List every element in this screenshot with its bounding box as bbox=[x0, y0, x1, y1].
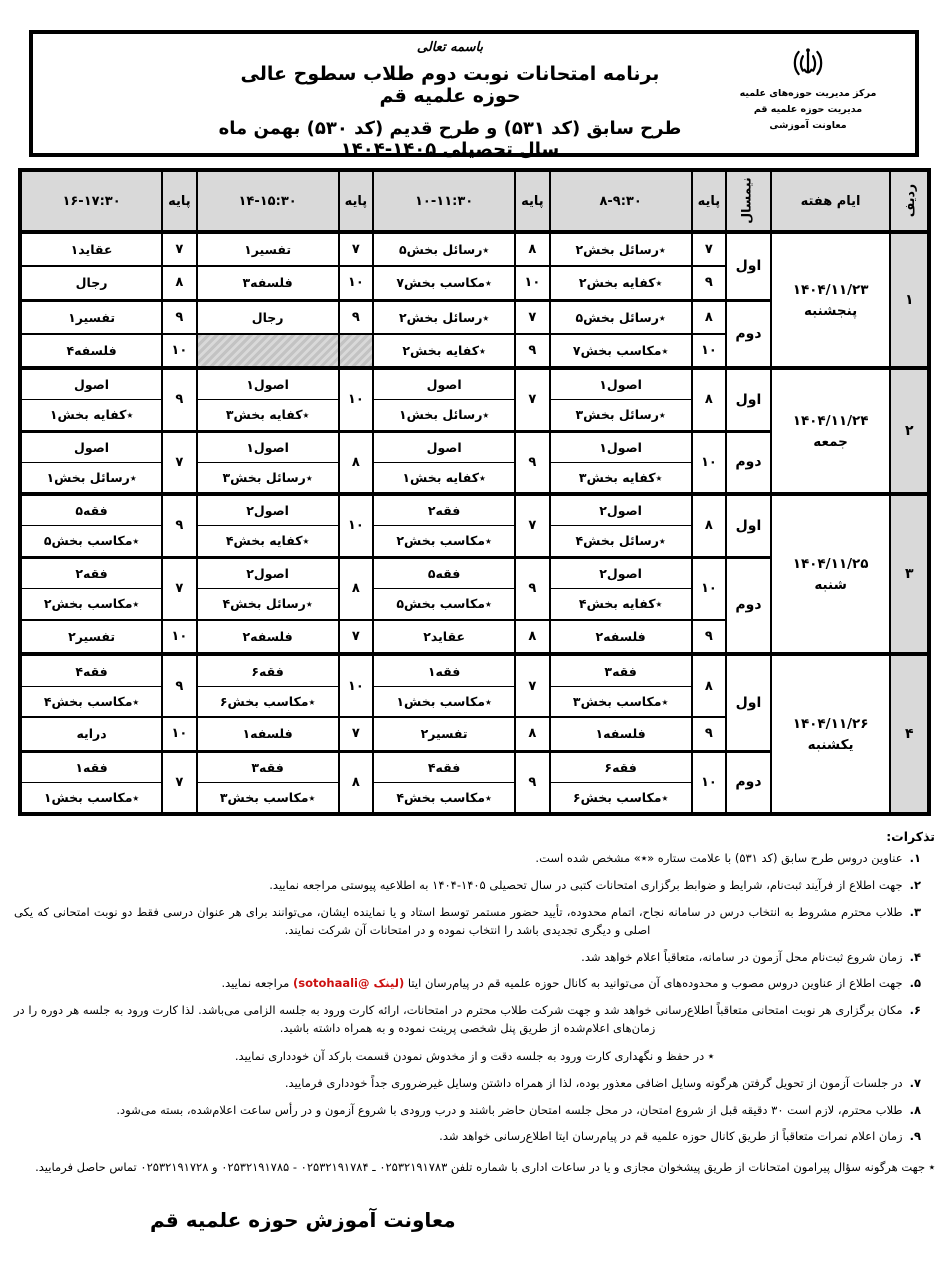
org-block: مرکز مدیریت حوزه‌های علمیه مدیریت حوزه ع… bbox=[723, 44, 893, 134]
lesson-lines: فقه۲٭مکاسب بخش۲ bbox=[374, 496, 514, 555]
lesson-name: فقه۶ bbox=[551, 753, 691, 782]
lesson-name: عقاید۲ bbox=[374, 622, 514, 652]
table-row: ۴۱۴۰۴/۱۱/۲۶یکشنبهاول۸فقه۳٭مکاسب بخش۳۷فقه… bbox=[20, 654, 929, 717]
day-cell: ۱۴۰۴/۱۱/۲۵شنبه bbox=[771, 494, 891, 654]
header-titles: باسمه تعالی برنامه امتحانات نوبت دوم طلا… bbox=[215, 40, 685, 160]
grade-cell: ۱۰ bbox=[339, 654, 373, 717]
lesson-lines: ٭مکاسب بخش۷ bbox=[551, 336, 691, 366]
semester-cell: دوم bbox=[726, 300, 771, 368]
lesson-cell: اصول٭کفایه بخش۱ bbox=[373, 431, 515, 494]
table-row: ۳۱۴۰۴/۱۱/۲۵شنبهاول۸اصول۲٭رسائل بخش۴۷فقه۲… bbox=[20, 494, 929, 557]
lesson-cell: فقه۳٭مکاسب بخش۳ bbox=[550, 654, 692, 717]
lesson-lines: اصول٭کفایه بخش۱ bbox=[22, 370, 161, 429]
grade-cell: ۱۰ bbox=[162, 334, 196, 368]
header-time-3: ۱۴-۱۵:۳۰ bbox=[197, 170, 339, 232]
semester-cell: دوم bbox=[726, 751, 771, 814]
grade-cell: ۱۰ bbox=[515, 266, 549, 300]
lesson-name: ٭مکاسب بخش۲ bbox=[22, 588, 161, 618]
note-item: ۲.جهت اطلاع از فرآیند ثبت‌نام، شرایط و ض… bbox=[14, 877, 935, 895]
lesson-lines: اصول۲٭کفایه بخش۴ bbox=[198, 496, 338, 555]
lesson-cell: فقه۴٭مکاسب بخش۴ bbox=[373, 751, 515, 814]
grade-cell: ۷ bbox=[692, 232, 726, 266]
lesson-name: ٭کفایه بخش۲ bbox=[374, 336, 514, 366]
lesson-name: ٭مکاسب بخش۵ bbox=[22, 525, 161, 555]
grade-cell: ۷ bbox=[515, 654, 549, 717]
grade-cell: ۱۰ bbox=[692, 334, 726, 368]
lesson-cell: اصول۲٭کفایه بخش۴ bbox=[197, 494, 339, 557]
grade-cell: ۱۰ bbox=[692, 557, 726, 620]
lesson-name: ٭رسائل بخش۵ bbox=[551, 302, 691, 332]
lesson-name: رجال bbox=[22, 268, 161, 298]
lesson-name: ٭رسائل بخش۵ bbox=[374, 235, 514, 265]
lesson-name: ٭کفایه بخش۱ bbox=[22, 399, 161, 429]
lesson-name: ٭مکاسب بخش۵ bbox=[374, 588, 514, 618]
lesson-cell: ٭کفایه بخش۲ bbox=[373, 334, 515, 368]
lesson-lines: ٭مکاسب بخش۷ bbox=[374, 268, 514, 298]
header-days: ایام هفته bbox=[771, 170, 891, 232]
lesson-name: ٭مکاسب بخش۴ bbox=[22, 686, 161, 716]
lesson-name: ٭رسائل بخش۲ bbox=[551, 235, 691, 265]
semester-cell: دوم bbox=[726, 557, 771, 654]
lesson-name: اصول۱ bbox=[198, 370, 338, 399]
lesson-name: درایه bbox=[22, 719, 161, 749]
grade-cell: ۱۰ bbox=[339, 266, 373, 300]
notes-section: تذکرات: ۱.عناوین دروس طرح سابق (کد ۵۳۱) … bbox=[14, 827, 935, 1177]
lesson-name: اصول۲ bbox=[551, 496, 691, 525]
schedule-table-wrap: ردیف ایام هفته نیمسال پایه ۸-۹:۳۰ پایه ۱… bbox=[18, 168, 931, 816]
lesson-cell: فقه۲٭مکاسب بخش۲ bbox=[20, 557, 162, 620]
day-cell: ۱۴۰۴/۱۱/۲۶یکشنبه bbox=[771, 654, 891, 814]
grade-cell: ۷ bbox=[162, 431, 196, 494]
lesson-lines: اصول٭کفایه بخش۱ bbox=[374, 433, 514, 492]
note-number: ۱. bbox=[910, 851, 921, 865]
day-name: جمعه bbox=[772, 434, 890, 450]
lesson-name: فقه۵ bbox=[22, 496, 161, 525]
header-grade-1: پایه bbox=[692, 170, 726, 232]
grade-cell: ۷ bbox=[162, 557, 196, 620]
semester-cell: اول bbox=[726, 232, 771, 300]
lesson-lines: فقه۶٭مکاسب بخش۶ bbox=[198, 657, 338, 716]
grade-cell: ۹ bbox=[162, 300, 196, 334]
day-date: ۱۴۰۴/۱۱/۲۵ bbox=[772, 556, 890, 572]
lesson-name: رجال bbox=[198, 302, 338, 332]
lesson-cell: اصول۱٭کفایه بخش۳ bbox=[550, 431, 692, 494]
lesson-lines: فلسفه۱ bbox=[551, 719, 691, 749]
lesson-cell: رجال bbox=[197, 300, 339, 334]
note-number: ۲. bbox=[910, 878, 921, 892]
schedule-table: ردیف ایام هفته نیمسال پایه ۸-۹:۳۰ پایه ۱… bbox=[18, 168, 931, 816]
day-date: ۱۴۰۴/۱۱/۲۶ bbox=[772, 716, 890, 732]
grade-cell: ۸ bbox=[692, 494, 726, 557]
note-item: ۷.در جلسات آزمون از تحویل گرفتن هرگونه و… bbox=[14, 1075, 935, 1093]
lesson-name: ٭رسائل بخش۲ bbox=[374, 302, 514, 332]
header-time-2: ۱۰-۱۱:۳۰ bbox=[373, 170, 515, 232]
lesson-cell: فلسفه۴ bbox=[20, 334, 162, 368]
lesson-name: فقه۶ bbox=[198, 657, 338, 686]
lesson-cell: ٭رسائل بخش۲ bbox=[373, 300, 515, 334]
grade-cell: ۷ bbox=[339, 717, 373, 751]
seminary-emblem-icon bbox=[791, 44, 825, 82]
lesson-lines: اصول۱٭رسائل بخش۳ bbox=[551, 370, 691, 429]
lesson-lines: فلسفه۲ bbox=[198, 622, 338, 652]
semester-cell: اول bbox=[726, 494, 771, 557]
lesson-name: فقه۳ bbox=[551, 657, 691, 686]
note-item: ۸.طلاب محترم، لازم است ۳۰ دقیقه قبل از ش… bbox=[14, 1102, 935, 1120]
day-date: ۱۴۰۴/۱۱/۲۴ bbox=[772, 413, 890, 429]
lesson-name: فلسفه۳ bbox=[198, 268, 338, 298]
lesson-lines: فلسفه۳ bbox=[198, 268, 338, 298]
header-rowno: ردیف bbox=[890, 170, 929, 232]
lesson-lines: تفسیر۱ bbox=[22, 302, 161, 332]
lesson-name: تفسیر۲ bbox=[22, 622, 161, 652]
table-header-row: ردیف ایام هفته نیمسال پایه ۸-۹:۳۰ پایه ۱… bbox=[20, 170, 929, 232]
grade-cell: ۱۰ bbox=[692, 431, 726, 494]
lesson-cell: اصول۱٭رسائل بخش۳ bbox=[197, 431, 339, 494]
grade-cell: ۸ bbox=[692, 368, 726, 431]
grade-cell: ۹ bbox=[692, 620, 726, 654]
lesson-cell: اصول۲٭رسائل بخش۴ bbox=[550, 494, 692, 557]
lesson-cell: درایه bbox=[20, 717, 162, 751]
lesson-name: اصول۱ bbox=[551, 433, 691, 462]
grade-cell: ۷ bbox=[339, 620, 373, 654]
lesson-name: تفسیر۱ bbox=[198, 235, 338, 265]
signature: معاونت آموزش حوزه علمیه قم bbox=[150, 1208, 456, 1232]
grade-cell: ۹ bbox=[515, 557, 549, 620]
lesson-lines: فلسفه۱ bbox=[198, 719, 338, 749]
lesson-cell: عقاید۱ bbox=[20, 232, 162, 266]
note-number: ۴. bbox=[910, 950, 921, 964]
grade-cell: ۱۰ bbox=[339, 494, 373, 557]
day-name: پنجشنبه bbox=[772, 303, 890, 319]
lesson-lines: رجال bbox=[22, 268, 161, 298]
lesson-lines: اصول۱٭رسائل بخش۳ bbox=[198, 433, 338, 492]
lesson-lines: فقه۶٭مکاسب بخش۶ bbox=[551, 753, 691, 812]
lesson-name: ٭کفایه بخش۳ bbox=[551, 462, 691, 492]
lesson-name: ٭رسائل بخش۴ bbox=[551, 525, 691, 555]
grade-cell: ۹ bbox=[162, 368, 196, 431]
lesson-name: فقه۱ bbox=[22, 753, 161, 782]
lesson-lines: عقاید۲ bbox=[374, 622, 514, 652]
grade-cell: ۹ bbox=[515, 334, 549, 368]
lesson-name: ٭مکاسب بخش۷ bbox=[374, 268, 514, 298]
lesson-name: ٭کفایه بخش۱ bbox=[374, 462, 514, 492]
lesson-name: ٭کفایه بخش۴ bbox=[198, 525, 338, 555]
lesson-cell: فقه۳٭مکاسب بخش۳ bbox=[197, 751, 339, 814]
lesson-cell: تفسیر۲ bbox=[20, 620, 162, 654]
lesson-lines: ٭رسائل بخش۵ bbox=[551, 302, 691, 332]
lesson-name: فقه۴ bbox=[22, 657, 161, 686]
lesson-name: فقه۲ bbox=[374, 496, 514, 525]
notes-list: ۱.عناوین دروس طرح سابق (کد ۵۳۱) با علامت… bbox=[14, 850, 935, 1146]
grade-cell bbox=[339, 334, 373, 368]
grade-cell: ۷ bbox=[162, 232, 196, 266]
note-item: ۱.عناوین دروس طرح سابق (کد ۵۳۱) با علامت… bbox=[14, 850, 935, 868]
lesson-lines: عقاید۱ bbox=[22, 235, 161, 265]
grade-cell: ۹ bbox=[515, 751, 549, 814]
eitaa-channel-link: (لینک @sotohaali) bbox=[293, 976, 404, 990]
lesson-cell: فلسفه۱ bbox=[550, 717, 692, 751]
lesson-name: ٭مکاسب بخش۱ bbox=[374, 686, 514, 716]
grade-cell: ۷ bbox=[162, 751, 196, 814]
lesson-name: فلسفه۴ bbox=[22, 336, 161, 366]
lesson-name: ٭کفایه بخش۲ bbox=[551, 268, 691, 298]
lesson-lines: تفسیر۱ bbox=[198, 235, 338, 265]
lesson-name: فقه۴ bbox=[374, 753, 514, 782]
lesson-cell: رجال bbox=[20, 266, 162, 300]
table-row: ۱۱۴۰۴/۱۱/۲۳پنجشنبهاول۷٭رسائل بخش۲۸٭رسائل… bbox=[20, 232, 929, 266]
lesson-name: ٭مکاسب بخش۱ bbox=[22, 782, 161, 812]
lesson-lines: فقه۱٭مکاسب بخش۱ bbox=[374, 657, 514, 716]
lesson-lines: ٭کفایه بخش۲ bbox=[551, 268, 691, 298]
lesson-cell: اصول٭کفایه بخش۱ bbox=[20, 368, 162, 431]
lesson-cell: ٭مکاسب بخش۷ bbox=[550, 334, 692, 368]
lesson-lines: فقه۱٭مکاسب بخش۱ bbox=[22, 753, 161, 812]
grade-cell: ۹ bbox=[162, 654, 196, 717]
lesson-lines: ٭کفایه بخش۲ bbox=[374, 336, 514, 366]
note-item: ۴.زمان شروع ثبت‌نام محل آزمون در سامانه،… bbox=[14, 949, 935, 967]
lesson-name: فلسفه۲ bbox=[198, 622, 338, 652]
lesson-cell: ٭کفایه بخش۲ bbox=[550, 266, 692, 300]
row-number: ۱ bbox=[890, 232, 929, 368]
lesson-name: اصول bbox=[22, 433, 161, 462]
lesson-lines: اصول۲٭رسائل بخش۴ bbox=[198, 559, 338, 618]
lesson-name: ٭مکاسب بخش۶ bbox=[551, 782, 691, 812]
lesson-cell: فقه۶٭مکاسب بخش۶ bbox=[197, 654, 339, 717]
lesson-cell: فقه۵٭مکاسب بخش۵ bbox=[20, 494, 162, 557]
lesson-lines: فقه۳٭مکاسب بخش۳ bbox=[198, 753, 338, 812]
grade-cell: ۹ bbox=[692, 717, 726, 751]
lesson-cell: اصول۱٭رسائل بخش۳ bbox=[550, 368, 692, 431]
note-item: ۳.طلاب محترم مشروط به انتخاب درس در ساما… bbox=[14, 904, 935, 940]
lesson-name: فلسفه۲ bbox=[551, 622, 691, 652]
basmala: باسمه تعالی bbox=[215, 40, 685, 55]
note-sub-item: ٭ در حفظ و نگهداری کارت ورود به جلسه دقت… bbox=[14, 1048, 935, 1066]
lesson-cell: فقه۶٭مکاسب بخش۶ bbox=[550, 751, 692, 814]
lesson-cell: اصول٭رسائل بخش۱ bbox=[373, 368, 515, 431]
grade-cell: ۸ bbox=[162, 266, 196, 300]
lesson-name: ٭کفایه بخش۴ bbox=[551, 588, 691, 618]
notes-title: تذکرات: bbox=[14, 827, 935, 846]
lesson-cell: فقه۱٭مکاسب بخش۱ bbox=[373, 654, 515, 717]
note-item: ۶.مکان برگزاری هر نوبت امتحانی متعاقباً … bbox=[14, 1002, 935, 1038]
lesson-lines: فقه۲٭مکاسب بخش۲ bbox=[22, 559, 161, 618]
grade-cell: ۹ bbox=[515, 431, 549, 494]
lesson-name: اصول bbox=[374, 433, 514, 462]
lesson-lines: اصول۱٭کفایه بخش۳ bbox=[198, 370, 338, 429]
grade-cell: ۷ bbox=[339, 232, 373, 266]
grade-cell: ۹ bbox=[692, 266, 726, 300]
grade-cell: ۹ bbox=[162, 494, 196, 557]
lesson-cell: فلسفه۲ bbox=[550, 620, 692, 654]
grade-cell: ۱۰ bbox=[162, 717, 196, 751]
lesson-lines: فقه۳٭مکاسب بخش۳ bbox=[551, 657, 691, 716]
header-time-1: ۸-۹:۳۰ bbox=[550, 170, 692, 232]
lesson-cell: ٭مکاسب بخش۷ bbox=[373, 266, 515, 300]
lesson-lines: فلسفه۴ bbox=[22, 336, 161, 366]
grade-cell: ۷ bbox=[515, 368, 549, 431]
lesson-name: اصول۲ bbox=[198, 559, 338, 588]
phone-note: ٭ جهت هرگونه سؤال پیرامون امتحانات از طر… bbox=[14, 1159, 935, 1177]
semester-cell: اول bbox=[726, 368, 771, 431]
lesson-name: فلسفه۱ bbox=[551, 719, 691, 749]
lesson-name: ٭مکاسب بخش۶ bbox=[198, 686, 338, 716]
note-number: ۸. bbox=[910, 1103, 921, 1117]
lesson-name: ٭مکاسب بخش۴ bbox=[374, 782, 514, 812]
table-row: ۲۱۴۰۴/۱۱/۲۴جمعهاول۸اصول۱٭رسائل بخش۳۷اصول… bbox=[20, 368, 929, 431]
lesson-cell: فقه۱٭مکاسب بخش۱ bbox=[20, 751, 162, 814]
header-grade-4: پایه bbox=[162, 170, 196, 232]
row-number: ۲ bbox=[890, 368, 929, 494]
lesson-name: تفسیر۲ bbox=[374, 719, 514, 749]
lesson-name: فقه۵ bbox=[374, 559, 514, 588]
grade-cell: ۸ bbox=[339, 431, 373, 494]
note-item: ۹.زمان اعلام نمرات متعاقباً از طریق کانا… bbox=[14, 1128, 935, 1146]
lesson-lines: اصول٭رسائل بخش۱ bbox=[374, 370, 514, 429]
lesson-name: فلسفه۱ bbox=[198, 719, 338, 749]
lesson-lines: اصول٭رسائل بخش۱ bbox=[22, 433, 161, 492]
lesson-name: اصول۱ bbox=[198, 433, 338, 462]
lesson-name: ٭مکاسب بخش۳ bbox=[198, 782, 338, 812]
note-number: ۶. bbox=[910, 1003, 921, 1017]
lesson-cell: ٭رسائل بخش۵ bbox=[373, 232, 515, 266]
lesson-lines: فقه۵٭مکاسب بخش۵ bbox=[374, 559, 514, 618]
lesson-lines: ٭رسائل بخش۵ bbox=[374, 235, 514, 265]
lesson-cell: عقاید۲ bbox=[373, 620, 515, 654]
lesson-cell: اصول٭رسائل بخش۱ bbox=[20, 431, 162, 494]
lesson-cell: فلسفه۲ bbox=[197, 620, 339, 654]
lesson-lines: فقه۴٭مکاسب بخش۴ bbox=[22, 657, 161, 716]
day-name: شنبه bbox=[772, 577, 890, 593]
lesson-cell: اصول۲٭رسائل بخش۴ bbox=[197, 557, 339, 620]
grade-cell: ۱۰ bbox=[339, 368, 373, 431]
row-number: ۴ bbox=[890, 654, 929, 814]
lesson-name: تفسیر۱ bbox=[22, 302, 161, 332]
lesson-cell: اصول۲٭کفایه بخش۴ bbox=[550, 557, 692, 620]
note-number: ۹. bbox=[910, 1129, 921, 1143]
semester-cell: اول bbox=[726, 654, 771, 751]
grade-cell: ۸ bbox=[515, 232, 549, 266]
note-number: ۳. bbox=[910, 905, 921, 919]
lesson-cell: فلسفه۱ bbox=[197, 717, 339, 751]
lesson-cell: فلسفه۳ bbox=[197, 266, 339, 300]
note-item: ۵.جهت اطلاع از عناوین دروس مصوب و محدوده… bbox=[14, 975, 935, 993]
lesson-lines: فقه۵٭مکاسب بخش۵ bbox=[22, 496, 161, 555]
document-header: مرکز مدیریت حوزه‌های علمیه مدیریت حوزه ع… bbox=[29, 30, 919, 157]
lesson-name: اصول bbox=[22, 370, 161, 399]
lesson-cell: تفسیر۱ bbox=[20, 300, 162, 334]
lesson-lines: درایه bbox=[22, 719, 161, 749]
lesson-lines: تفسیر۲ bbox=[22, 622, 161, 652]
grade-cell: ۸ bbox=[339, 751, 373, 814]
grade-cell: ۱۰ bbox=[162, 620, 196, 654]
exam-schedule-document: مرکز مدیریت حوزه‌های علمیه مدیریت حوزه ع… bbox=[0, 0, 949, 1280]
lesson-cell: تفسیر۲ bbox=[373, 717, 515, 751]
lesson-cell: فقه۲٭مکاسب بخش۲ bbox=[373, 494, 515, 557]
lesson-name: ٭رسائل بخش۱ bbox=[22, 462, 161, 492]
lesson-lines: اصول۲٭کفایه بخش۴ bbox=[551, 559, 691, 618]
grade-cell: ۸ bbox=[515, 717, 549, 751]
lesson-name: ٭کفایه بخش۳ bbox=[198, 399, 338, 429]
lesson-cell bbox=[197, 334, 339, 368]
lesson-lines: رجال bbox=[198, 302, 338, 332]
lesson-name: اصول۱ bbox=[551, 370, 691, 399]
lesson-lines: فلسفه۲ bbox=[551, 622, 691, 652]
note-number: ۷. bbox=[910, 1076, 921, 1090]
day-cell: ۱۴۰۴/۱۱/۲۴جمعه bbox=[771, 368, 891, 494]
grade-cell: ۱۰ bbox=[692, 751, 726, 814]
header-grade-2: پایه bbox=[515, 170, 549, 232]
lesson-cell: اصول۱٭کفایه بخش۳ bbox=[197, 368, 339, 431]
lesson-name: اصول۲ bbox=[551, 559, 691, 588]
lesson-name: ٭مکاسب بخش۷ bbox=[551, 336, 691, 366]
document-title: برنامه امتحانات نوبت دوم طلاب سطوح عالی … bbox=[215, 63, 685, 107]
lesson-lines: اصول۲٭رسائل بخش۴ bbox=[551, 496, 691, 555]
header-time-4: ۱۶-۱۷:۳۰ bbox=[20, 170, 162, 232]
lesson-cell: ٭رسائل بخش۵ bbox=[550, 300, 692, 334]
org-line-2: مدیریت حوزه علمیه قم bbox=[723, 102, 893, 118]
grade-cell: ۸ bbox=[515, 620, 549, 654]
lesson-name: ٭رسائل بخش۳ bbox=[551, 399, 691, 429]
lesson-name: اصول۲ bbox=[198, 496, 338, 525]
lesson-lines: ٭رسائل بخش۲ bbox=[374, 302, 514, 332]
lesson-name: فقه۳ bbox=[198, 753, 338, 782]
grade-cell: ۸ bbox=[339, 557, 373, 620]
lesson-name: عقاید۱ bbox=[22, 235, 161, 265]
lesson-lines: تفسیر۲ bbox=[374, 719, 514, 749]
row-number: ۳ bbox=[890, 494, 929, 654]
org-line-1: مرکز مدیریت حوزه‌های علمیه bbox=[723, 86, 893, 102]
header-semester: نیمسال bbox=[726, 170, 771, 232]
lesson-name: ٭رسائل بخش۱ bbox=[374, 399, 514, 429]
day-date: ۱۴۰۴/۱۱/۲۳ bbox=[772, 282, 890, 298]
lesson-cell: تفسیر۱ bbox=[197, 232, 339, 266]
note-number: ۵. bbox=[910, 976, 921, 990]
lesson-cell: ٭رسائل بخش۲ bbox=[550, 232, 692, 266]
grade-cell: ۷ bbox=[515, 494, 549, 557]
lesson-name: فقه۱ bbox=[374, 657, 514, 686]
grade-cell: ۹ bbox=[339, 300, 373, 334]
lesson-name: ٭مکاسب بخش۲ bbox=[374, 525, 514, 555]
grade-cell: ۷ bbox=[515, 300, 549, 334]
lesson-name: اصول bbox=[374, 370, 514, 399]
lesson-lines: ٭رسائل بخش۲ bbox=[551, 235, 691, 265]
schedule-body: ۱۱۴۰۴/۱۱/۲۳پنجشنبهاول۷٭رسائل بخش۲۸٭رسائل… bbox=[20, 232, 929, 814]
lesson-lines: فقه۴٭مکاسب بخش۴ bbox=[374, 753, 514, 812]
org-line-3: معاونت آموزشی bbox=[723, 118, 893, 134]
document-subtitle: طرح سابق (کد ۵۳۱) و طرح قدیم (کد ۵۳۰) به… bbox=[215, 118, 685, 160]
grade-cell: ۸ bbox=[692, 654, 726, 717]
lesson-name: ٭رسائل بخش۳ bbox=[198, 462, 338, 492]
lesson-name: ٭رسائل بخش۴ bbox=[198, 588, 338, 618]
header-grade-3: پایه bbox=[339, 170, 373, 232]
lesson-cell: فقه۴٭مکاسب بخش۴ bbox=[20, 654, 162, 717]
semester-cell: دوم bbox=[726, 431, 771, 494]
lesson-name: فقه۲ bbox=[22, 559, 161, 588]
day-cell: ۱۴۰۴/۱۱/۲۳پنجشنبه bbox=[771, 232, 891, 368]
lesson-name: ٭مکاسب بخش۳ bbox=[551, 686, 691, 716]
grade-cell: ۸ bbox=[692, 300, 726, 334]
lesson-lines: اصول۱٭کفایه بخش۳ bbox=[551, 433, 691, 492]
day-name: یکشنبه bbox=[772, 737, 890, 753]
lesson-cell: فقه۵٭مکاسب بخش۵ bbox=[373, 557, 515, 620]
